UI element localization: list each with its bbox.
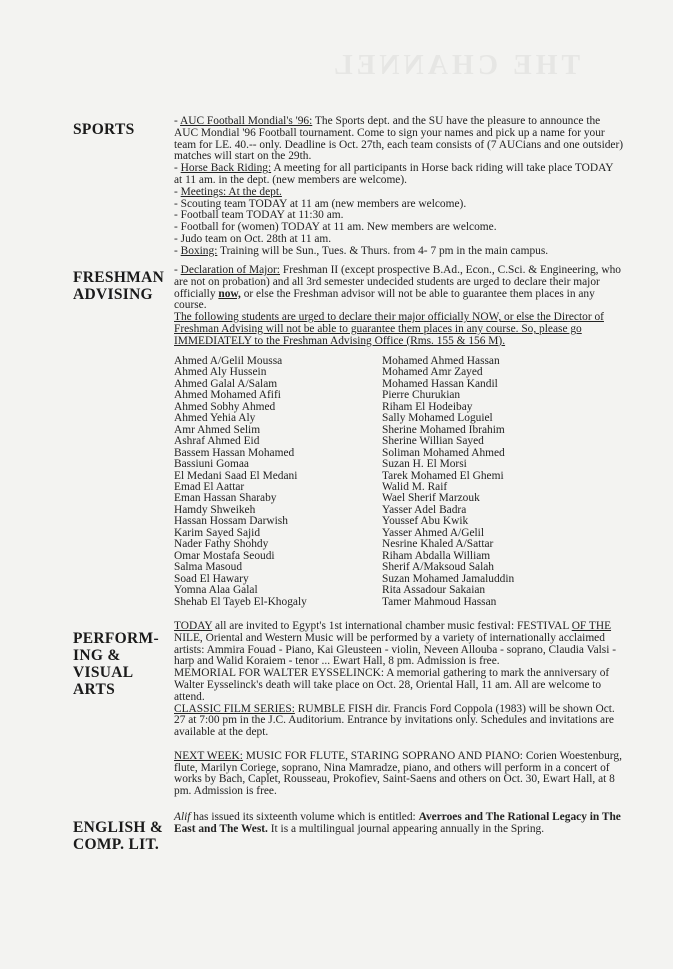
student-name: Salma Masoud bbox=[174, 562, 307, 573]
urgent-notice: The following students are urged to decl… bbox=[174, 312, 624, 347]
english-body: Alif has issued its sixteenth volume whi… bbox=[174, 812, 630, 836]
festival-paragraph: TODAY all are invited to Egypt's 1st int… bbox=[174, 621, 624, 668]
section-label-sports: SPORTS bbox=[73, 121, 135, 138]
student-name: Tamer Mahmoud Hassan bbox=[382, 597, 514, 608]
label-line: PERFORM- bbox=[73, 630, 159, 647]
label-line: ENGLISH & bbox=[73, 819, 163, 836]
label-line: FRESHMAN bbox=[73, 269, 164, 286]
sports-item: - Boxing: Training will be Sun., Tues. &… bbox=[174, 246, 624, 258]
label-line: ADVISING bbox=[73, 286, 164, 303]
alif-paragraph: Alif has issued its sixteenth volume whi… bbox=[174, 812, 630, 836]
film-paragraph: CLASSIC FILM SERIES: RUMBLE FISH dir. Fr… bbox=[174, 704, 624, 739]
sports-body: - AUC Football Mondial's '96: The Sports… bbox=[174, 116, 624, 258]
freshman-body: - Declaration of Major: Freshman II (exc… bbox=[174, 265, 624, 348]
label-line: ARTS bbox=[73, 681, 159, 698]
sports-item: - AUC Football Mondial's '96: The Sports… bbox=[174, 116, 624, 163]
student-list-left: Ahmed A/Gelil MoussaAhmed Aly HusseinAhm… bbox=[174, 356, 307, 608]
next-week-paragraph: NEXT WEEK: MUSIC FOR FLUTE, STARING SOPR… bbox=[174, 751, 624, 798]
arts-body: TODAY all are invited to Egypt's 1st int… bbox=[174, 621, 624, 798]
section-label-freshman-advising: FRESHMAN ADVISING bbox=[73, 269, 164, 303]
student-name: Sherine Willian Sayed bbox=[382, 436, 514, 447]
bleed-through-masthead: THE CHANNEL bbox=[330, 50, 580, 82]
student-name: Sherif A/Maksoud Salah bbox=[382, 562, 514, 573]
section-label-english-comp-lit: ENGLISH & COMP. LIT. bbox=[73, 819, 163, 853]
declaration-paragraph: - Declaration of Major: Freshman II (exc… bbox=[174, 265, 624, 312]
student-name: Yomna Alaa Galal bbox=[174, 585, 307, 596]
student-name: Ashraf Ahmed Eid bbox=[174, 436, 307, 447]
sports-item: - Horse Back Riding: A meeting for all p… bbox=[174, 163, 624, 187]
student-name: Shehab El Tayeb El-Khogaly bbox=[174, 597, 307, 608]
student-name: Suzan H. El Morsi bbox=[382, 459, 514, 470]
memorial-paragraph: MEMORIAL FOR WALTER EYSSELINCK: A memori… bbox=[174, 668, 624, 703]
student-name: Nesrine Khaled A/Sattar bbox=[382, 539, 514, 550]
student-list-right: Mohamed Ahmed HassanMohamed Amr ZayedMoh… bbox=[382, 356, 514, 608]
label-line: COMP. LIT. bbox=[73, 836, 163, 853]
label-line: VISUAL bbox=[73, 664, 159, 681]
section-label-performing-visual-arts: PERFORM- ING & VISUAL ARTS bbox=[73, 630, 159, 698]
label-line: ING & bbox=[73, 647, 159, 664]
student-name: Ahmed Yehia Aly bbox=[174, 413, 307, 424]
student-name: Rita Assadour Sakaian bbox=[382, 585, 514, 596]
student-name: Nader Fathy Shohdy bbox=[174, 539, 307, 550]
student-name: Sally Mohamed Loguiel bbox=[382, 413, 514, 424]
student-name: Bassiuni Gomaa bbox=[174, 459, 307, 470]
